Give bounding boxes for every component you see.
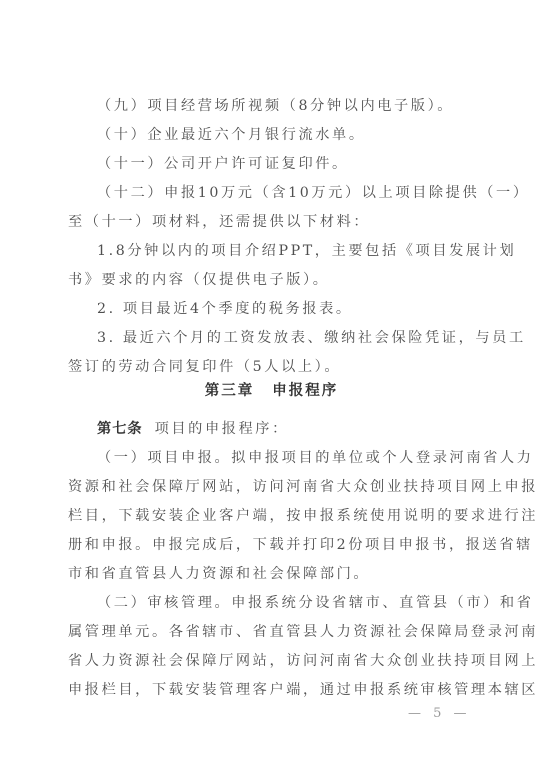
chapter-title: 申报程序 (272, 383, 338, 399)
procedure-line: 申报栏目，下载安装管理客户端，通过申报系统审核管理本辖区 (68, 680, 538, 700)
procedure-line: （一）项目申报。拟申报项目的单位或个人登录河南省人力 (97, 448, 533, 468)
page-number: — 5 — (408, 706, 471, 721)
list-item: （九）项目经营场所视频（8分钟以内电子版）。 (97, 96, 454, 116)
procedure-line: 市和省直管县人力资源和社会保障部门。 (68, 564, 370, 584)
procedure-line: 省人力资源社会保障厅网站，访问河南省大众创业扶持项目网上 (68, 651, 538, 671)
list-item: （十二）申报10万元（含10万元）以上项目除提供（一） (97, 183, 530, 203)
list-item-continuation: 书》要求的内容（仅提供电子版）。 (68, 270, 330, 290)
list-item-continuation: 至（十一）项材料，还需提供以下材料： (68, 212, 370, 232)
chapter-number: 第三章 (205, 383, 255, 399)
article-label: 第七条 (97, 421, 143, 437)
procedure-line: 资源和社会保障厅网站，访问河南省大众创业扶持项目网上申报 (68, 477, 538, 497)
list-item: 3. 最近六个月的工资发放表、缴纳社会保险凭证，与员工 (97, 328, 526, 348)
list-item: （十一）公司开户许可证复印件。 (97, 154, 349, 174)
chapter-heading: 第三章申报程序 (0, 381, 543, 401)
procedure-line: 栏目，下载安装企业客户端，按申报系统使用说明的要求进行注 (68, 506, 538, 526)
procedure-line: （二）审核管理。申报系统分设省辖市、直管县（市）和省 (97, 593, 533, 613)
list-item: 2. 项目最近4个季度的税务报表。 (97, 299, 353, 319)
list-item: （十）企业最近六个月银行流水单。 (97, 125, 366, 145)
list-item-continuation: 签订的劳动合同复印件（5人以上）。 (68, 357, 341, 377)
list-item: 1.8分钟以内的项目介绍PPT，主要包括《项目发展计划 (97, 241, 516, 261)
article-paragraph: 第七条项目的申报程序： (97, 419, 289, 439)
procedure-line: 册和申报。申报完成后，下载并打印2份项目申报书，报送省辖 (68, 535, 533, 555)
article-text: 项目的申报程序： (155, 421, 289, 437)
procedure-line: 属管理单元。各省辖市、省直管县人力资源社会保障局登录河南 (68, 622, 538, 642)
